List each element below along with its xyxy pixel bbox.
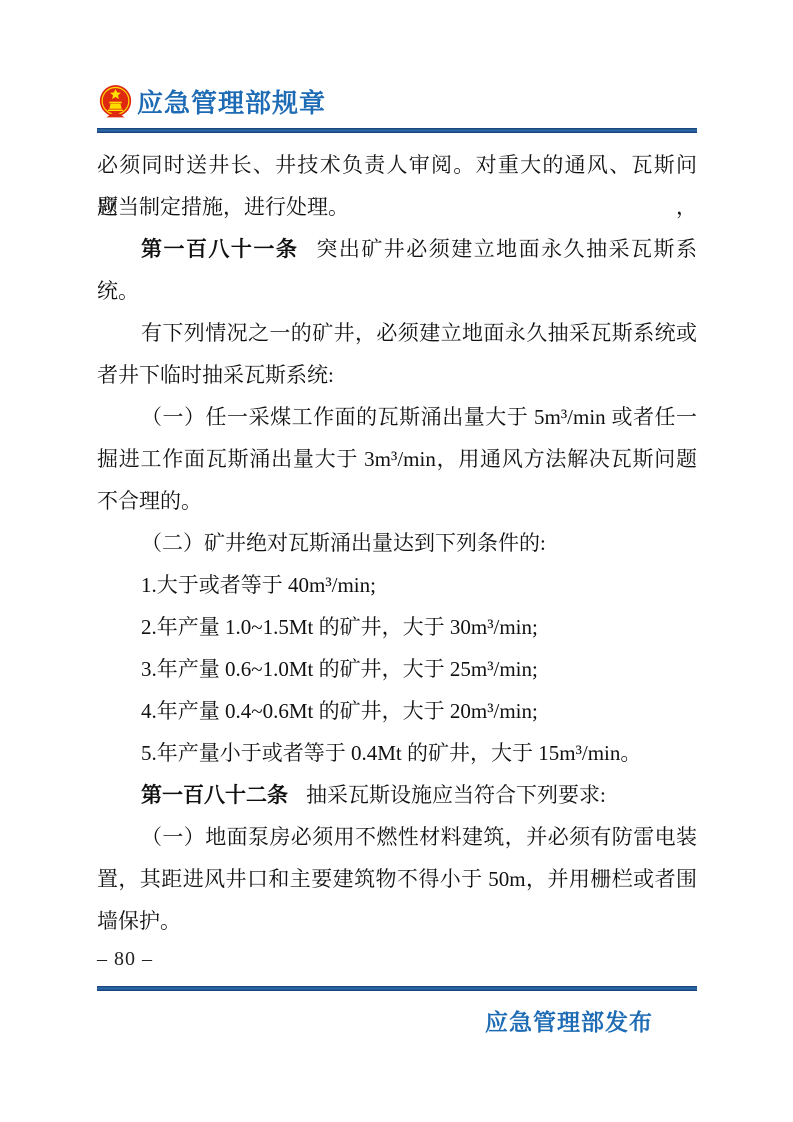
body-line: 第一百八十一条突出矿井必须建立地面永久抽采瓦斯系 xyxy=(97,228,697,270)
body-line: 掘进工作面瓦斯涌出量大于 3m³/min，用通风方法解决瓦斯问题 xyxy=(97,438,697,480)
article-number: 第一百八十一条 xyxy=(141,238,298,261)
body-line: 墙保护。 xyxy=(97,900,697,942)
body-line: 第一百八十二条抽采瓦斯设施应当符合下列要求: xyxy=(97,774,697,816)
body-line: 5.年产量小于或者等于 0.4Mt 的矿井，大于 15m³/min。 xyxy=(97,732,697,774)
body-line: 者井下临时抽采瓦斯系统: xyxy=(97,354,697,396)
body-line: 3.年产量 0.6~1.0Mt 的矿井，大于 25m³/min; xyxy=(97,648,697,690)
body-line: 2.年产量 1.0~1.5Mt 的矿井，大于 30m³/min; xyxy=(97,606,697,648)
footer-page-number: – 80 – xyxy=(97,944,153,974)
body-line: 有下列情况之一的矿井，必须建立地面永久抽采瓦斯系统或 xyxy=(97,312,697,354)
header-rule xyxy=(97,128,697,133)
body-line: 1.大于或者等于 40m³/min; xyxy=(97,564,697,606)
footer-publisher: 应急管理部发布 xyxy=(485,1006,653,1038)
page-header: 应急管理部规章 xyxy=(97,82,697,124)
body-line: （一）地面泵房必须用不燃性材料建筑，并必须有防雷电装 xyxy=(97,816,697,858)
body-line: （一）任一采煤工作面的瓦斯涌出量大于 5m³/min 或者任一 xyxy=(97,396,697,438)
body-line: 必须同时送井长、井技术负责人审阅。对重大的通风、瓦斯问题， xyxy=(97,144,697,186)
body-line: （二）矿井绝对瓦斯涌出量达到下列条件的: xyxy=(97,522,697,564)
footer-rule xyxy=(97,986,697,991)
document-body: 必须同时送井长、井技术负责人审阅。对重大的通风、瓦斯问题， 应当制定措施，进行处… xyxy=(97,144,697,942)
body-line: 置，其距进风井口和主要建筑物不得小于 50m，并用栅栏或者围 xyxy=(97,858,697,900)
article-number: 第一百八十二条 xyxy=(141,784,288,807)
body-line: 4.年产量 0.4~0.6Mt 的矿井，大于 20m³/min; xyxy=(97,690,697,732)
header-title: 应急管理部规章 xyxy=(137,84,326,122)
china-national-emblem-icon xyxy=(99,84,132,121)
document-page: 应急管理部规章 必须同时送井长、井技术负责人审阅。对重大的通风、瓦斯问题， 应当… xyxy=(0,0,793,1122)
body-line: 不合理的。 xyxy=(97,480,697,522)
body-line: 统。 xyxy=(97,270,697,312)
